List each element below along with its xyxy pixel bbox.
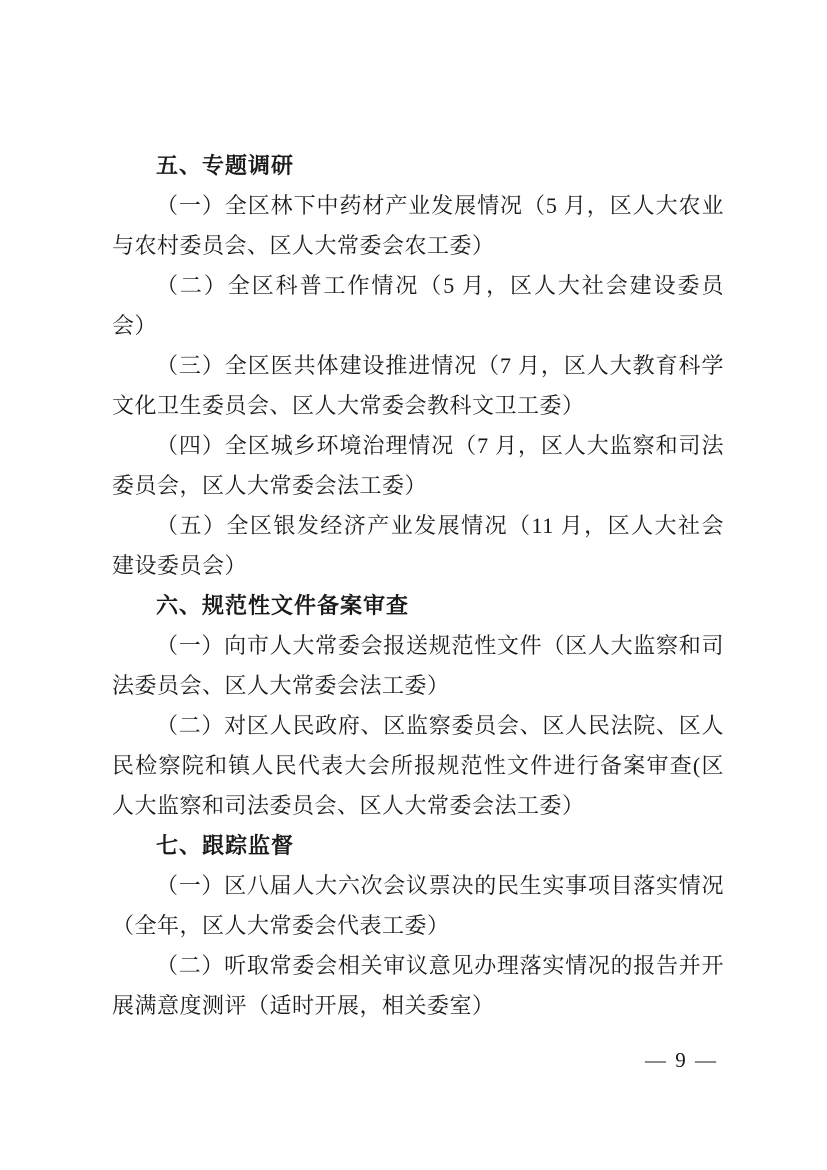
page-number: — 9 — <box>0 1046 718 1074</box>
document-body: 五、专题调研 （一）全区林下中药材产业发展情况（5 月，区人大农业与农村委员会、… <box>112 146 724 1026</box>
paragraph: （四）全区城乡环境治理情况（7 月，区人大监察和司法委员会，区人大常委会法工委） <box>112 426 724 506</box>
section-heading-6: 六、规范性文件备案审查 <box>112 586 724 626</box>
section-heading-5: 五、专题调研 <box>112 146 724 186</box>
paragraph: （一）区八届人大六次会议票决的民生实事项目落实情况（全年，区人大常委会代表工委） <box>112 866 724 946</box>
document-page: 五、专题调研 （一）全区林下中药材产业发展情况（5 月，区人大农业与农村委员会、… <box>0 0 827 1170</box>
paragraph: （一）向市人大常委会报送规范性文件（区人大监察和司法委员会、区人大常委会法工委） <box>112 626 724 706</box>
paragraph: （一）全区林下中药材产业发展情况（5 月，区人大农业与农村委员会、区人大常委会农… <box>112 186 724 266</box>
paragraph: （二）全区科普工作情况（5 月，区人大社会建设委员会） <box>112 266 724 346</box>
paragraph: （三）全区医共体建设推进情况（7 月，区人大教育科学文化卫生委员会、区人大常委会… <box>112 346 724 426</box>
paragraph: （二）对区人民政府、区监察委员会、区人民法院、区人民检察院和镇人民代表大会所报规… <box>112 706 724 826</box>
section-heading-7: 七、跟踪监督 <box>112 826 724 866</box>
paragraph: （五）全区银发经济产业发展情况（11 月，区人大社会建设委员会） <box>112 506 724 586</box>
paragraph: （二）听取常委会相关审议意见办理落实情况的报告并开展满意度测评（适时开展，相关委… <box>112 946 724 1026</box>
